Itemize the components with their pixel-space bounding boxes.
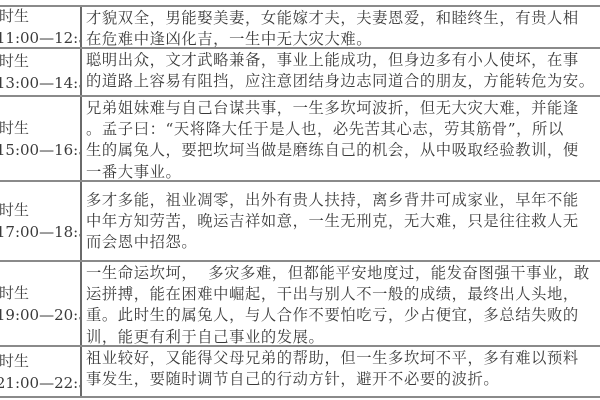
time-cell: 酉时生 (17:00—18:59) bbox=[0, 182, 82, 260]
description-line: 多才多能，祖业凋零，出外有贵人扶持，离乡背井可成家业，早年不能 bbox=[86, 190, 600, 211]
time-range: (19:00—20:59) bbox=[0, 304, 80, 326]
time-cell: 亥时生 (21:00—22:59) bbox=[0, 347, 82, 396]
description-cell: 多才多能，祖业凋零，出外有贵人扶持，离乡背井可成家业，早年不能中年方知劳苦，晚运… bbox=[82, 182, 600, 260]
time-name: 亥时生 bbox=[0, 350, 80, 372]
time-range: (21:00—22:59) bbox=[0, 372, 80, 394]
table-row: 亥时生 (21:00—22:59) 祖业较好，又能得父母兄弟的帮助，但一生多坎坷… bbox=[0, 347, 600, 398]
description-line: 生的属兔人，要把坎坷当做是磨练自己的机会，从中吸取经验教训，便 bbox=[86, 140, 600, 161]
time-range: (15:00—16:59) bbox=[0, 139, 80, 161]
description-line: 才貌双全，男能娶美妻，女能嫁才夫，夫妻恩爱，和睦终生，有贵人相 bbox=[86, 8, 600, 29]
description-line: 兄弟姐妹难与自己台谋共事，一生多坎坷波折，但无大灾大难，并能逢 bbox=[86, 98, 600, 119]
time-cell: 午时生 (11:00—12:59) bbox=[0, 7, 82, 47]
description-cell: 聪明出众，文才武略兼备，事业上能成功，但身边多有小人使坏，在事的道路上容易有阻挡… bbox=[82, 49, 600, 95]
time-name: 午时生 bbox=[0, 7, 80, 27]
description-line: 聪明出众，文才武略兼备，事业上能成功，但身边多有小人使坏，在事 bbox=[86, 50, 600, 71]
time-name: 未时生 bbox=[0, 50, 80, 72]
description-line: 重。此时生的属兔人，与人合作不要怕吃亏，少占便宜，多总结失败的 bbox=[86, 305, 600, 326]
time-cell: 申时生 (15:00—16:59) bbox=[0, 97, 82, 180]
birth-hour-table: 午时生 (11:00—12:59) 才貌双全，男能娶美妻，女能嫁才夫，夫妻恩爱，… bbox=[0, 5, 600, 398]
description-line: 一生命运坎坷， 多灾多难，但都能平安地度过，能发奋图强干事业，敢 bbox=[86, 263, 600, 284]
description-cell: 才貌双全，男能娶美妻，女能嫁才夫，夫妻恩爱，和睦终生，有贵人相在危难中逢凶化吉，… bbox=[82, 7, 600, 47]
description-cell: 兄弟姐妹难与自己台谋共事，一生多坎坷波折，但无大灾大难，并能逢。孟子曰：“天将降… bbox=[82, 97, 600, 180]
description-line: 的道路上容易有阻挡，应注意团结身边志同道合的朋友，方能转危为安。 bbox=[86, 71, 600, 92]
time-range: (17:00—18:59) bbox=[0, 221, 80, 243]
time-range: (13:00—14:59) bbox=[0, 72, 80, 94]
description-line: 一番大事业。 bbox=[86, 162, 600, 180]
table-row: 申时生 (15:00—16:59) 兄弟姐妹难与自己台谋共事，一生多坎坷波折，但… bbox=[0, 97, 600, 182]
description-line: 运拼搏，能在困难中崛起，干出与别人不一般的成绩，最终出人头地， bbox=[86, 284, 600, 305]
table-row: 未时生 (13:00—14:59) 聪明出众，文才武略兼备，事业上能成功，但身边… bbox=[0, 49, 600, 97]
description-line: 而会恩中招怨。 bbox=[86, 232, 600, 253]
description-line: 在危难中逢凶化吉，一生中无大灾大难。 bbox=[86, 29, 600, 47]
table-row: 午时生 (11:00—12:59) 才貌双全，男能娶美妻，女能嫁才夫，夫妻恩爱，… bbox=[0, 7, 600, 49]
description-line: 事发生，要随时调节自己的行动方针，避开不必要的波折。 bbox=[86, 369, 600, 390]
description-cell: 祖业较好，又能得父母兄弟的帮助，但一生多坎坷不平，多有难以预料事发生，要随时调节… bbox=[82, 347, 600, 396]
time-cell: 戌时生 (19:00—20:59) bbox=[0, 262, 82, 345]
table-row: 酉时生 (17:00—18:59) 多才多能，祖业凋零，出外有贵人扶持，离乡背井… bbox=[0, 182, 600, 262]
description-line: 中年方知劳苦，晚运吉祥如意，一生无刑克，无大难，只是往往救人无 bbox=[86, 211, 600, 232]
time-cell: 未时生 (13:00—14:59) bbox=[0, 49, 82, 95]
description-line: 祖业较好，又能得父母兄弟的帮助，但一生多坎坷不平，多有难以预料 bbox=[86, 348, 600, 369]
time-name: 申时生 bbox=[0, 117, 80, 139]
table-row: 戌时生 (19:00—20:59) 一生命运坎坷， 多灾多难，但都能平安地度过，… bbox=[0, 262, 600, 347]
description-line: 训，能更有利于自己事业的发展。 bbox=[86, 327, 600, 345]
time-name: 戌时生 bbox=[0, 282, 80, 304]
time-name: 酉时生 bbox=[0, 199, 80, 221]
description-line: 。孟子曰：“天将降大任于是人也，必先苦其心志，劳其筋骨”，所以 bbox=[86, 119, 600, 140]
description-cell: 一生命运坎坷， 多灾多难，但都能平安地度过，能发奋图强干事业，敢运拼搏，能在困难… bbox=[82, 262, 600, 345]
time-range: (11:00—12:59) bbox=[0, 27, 80, 47]
